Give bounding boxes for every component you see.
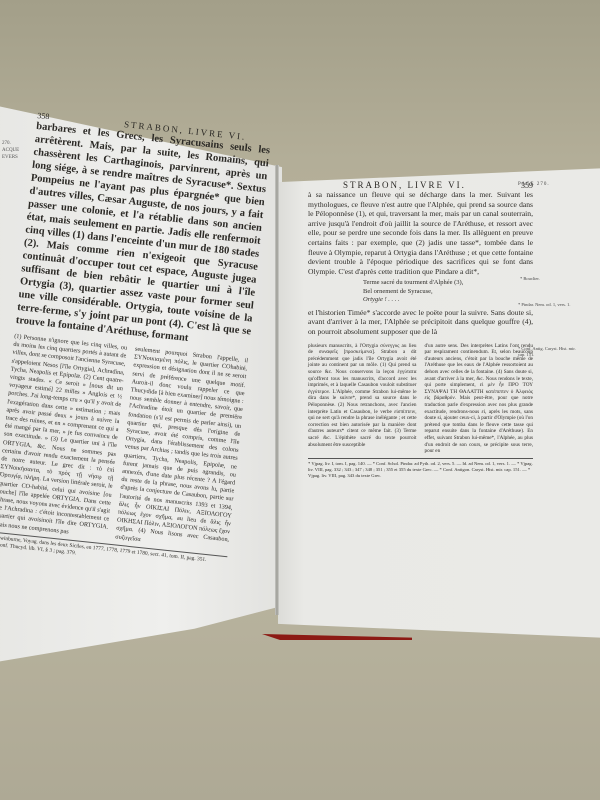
verse-line: Bel ornement de Syracuse, — [363, 288, 533, 297]
left-page-content: 358 STRABON, LIVRE VI. barbares et les G… — [0, 110, 307, 577]
right-page-content: STRABON, LIVRE VI. 359 à sa naissance un… — [308, 180, 533, 479]
footnote: * Vjpag. liv. I, tom. I, pag. 140. — * C… — [308, 461, 533, 479]
notes-column-1: (1) Personne n'ignore que les cinq ville… — [0, 333, 127, 541]
verse-quote: Terme sacré du tourment d'Alphée (3), Be… — [308, 279, 533, 305]
notes-columns: plusieurs manuscrits, à l'Ortygia σύνεγγ… — [308, 343, 533, 455]
notes-columns: (1) Personne n'ignore que les cinq ville… — [0, 333, 248, 553]
main-text-continued: et l'historien Timée* s'accorde avec le … — [308, 308, 533, 337]
notes-column-2: seulement pourquoi Strabon l'appelle, il… — [115, 345, 248, 553]
main-text: à sa naissance un fleuve qui se décharge… — [308, 190, 533, 276]
red-page-edge — [262, 634, 412, 640]
notes-column-2: d'un autre sens. Des interprètes Latins … — [425, 343, 534, 455]
verse-line: Terme sacré du tourment d'Alphée (3), — [363, 279, 533, 288]
main-text: barbares et les Grecs, les Syracusains s… — [15, 120, 270, 351]
verse-line: Ortygie ! . . . . — [363, 296, 533, 305]
footnotes: * Vjpag. liv. I, tom. I, pag. 140. — * C… — [308, 458, 533, 479]
edge-note: EVERS — [2, 154, 19, 161]
edge-note: 270. — [2, 140, 19, 147]
edge-margin-notes: 270. ACQUE EVERS — [2, 140, 19, 161]
margin-note: * Pindar. Nem. od. 1, vers. 1. — [518, 302, 578, 308]
notes-column-1: plusieurs manuscrits, à l'Ortygia σύνεγγ… — [308, 343, 417, 455]
running-header: STRABON, LIVRE VI. — [343, 180, 466, 190]
edge-note: ACQUE — [2, 147, 19, 154]
margin-note: * Conf. Antig. Caryst. Hist. mir. cap. 1… — [518, 346, 578, 357]
margin-page-ref: PAGE 270. — [518, 182, 550, 188]
margin-note: * Bouclier. — [520, 276, 540, 282]
